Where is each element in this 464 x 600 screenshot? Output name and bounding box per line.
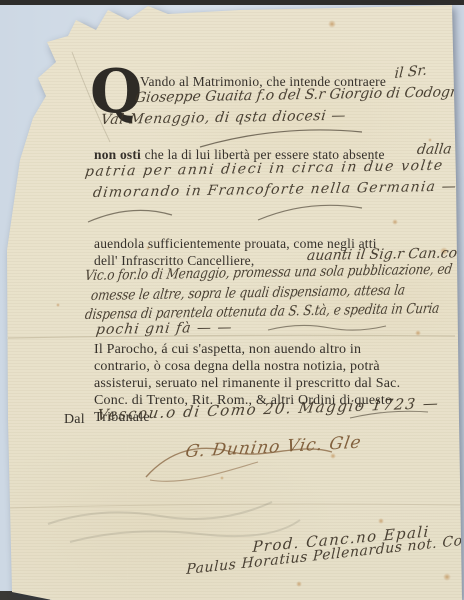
signature-flourish <box>150 462 258 481</box>
printed-bold-lead: non osti <box>94 147 141 162</box>
fold-crease <box>8 504 460 508</box>
ink-flourish <box>268 325 386 330</box>
handwritten-parish: Val Menaggio, di qsta diocesi — <box>100 108 347 128</box>
foxing-spot <box>378 518 384 524</box>
vicar-general-signature: G. Dunino Vic. Gle <box>184 433 363 462</box>
ink-flourish <box>258 205 362 220</box>
foxing-spot <box>220 476 224 480</box>
handwritten-honorific: il Sr. <box>394 62 428 82</box>
foxing-spot <box>392 219 398 225</box>
handwritten-residence: dimorando in Francoforte nella Germania … <box>92 179 458 201</box>
printed-para-line: contrario, ò cosa degna della nostra not… <box>94 359 380 375</box>
printed-dal: Dal <box>64 412 85 428</box>
handwritten-dalla: dalla <box>416 141 453 158</box>
document-sheet: Q Vando al Matrimonio, che intende contr… <box>0 0 464 600</box>
handwritten-dispensation2: dispensa di parentela ottenuta da S. S.t… <box>84 301 440 323</box>
foxing-spot <box>56 303 60 307</box>
foxing-spot <box>415 330 421 336</box>
printed-para-line: Il Parocho, á cui s'aspetta, non auendo … <box>94 342 361 358</box>
handwritten-dispensation1: omesse le altre, sopra le quali dispensi… <box>90 282 406 304</box>
document-sheet-wrapper: Q Vando al Matrimonio, che intende contr… <box>0 0 464 600</box>
printed-para-line: assisterui, seruato nel rimanente il pre… <box>94 376 400 392</box>
ink-flourish <box>200 130 362 147</box>
foxing-spot <box>296 581 302 587</box>
foxing-spot <box>328 20 336 28</box>
fold-crease <box>8 335 455 338</box>
foxing-spot <box>443 573 451 581</box>
ink-flourish <box>88 210 172 222</box>
handwritten-pochi-giorni: pochi gni fà — — <box>95 320 233 338</box>
